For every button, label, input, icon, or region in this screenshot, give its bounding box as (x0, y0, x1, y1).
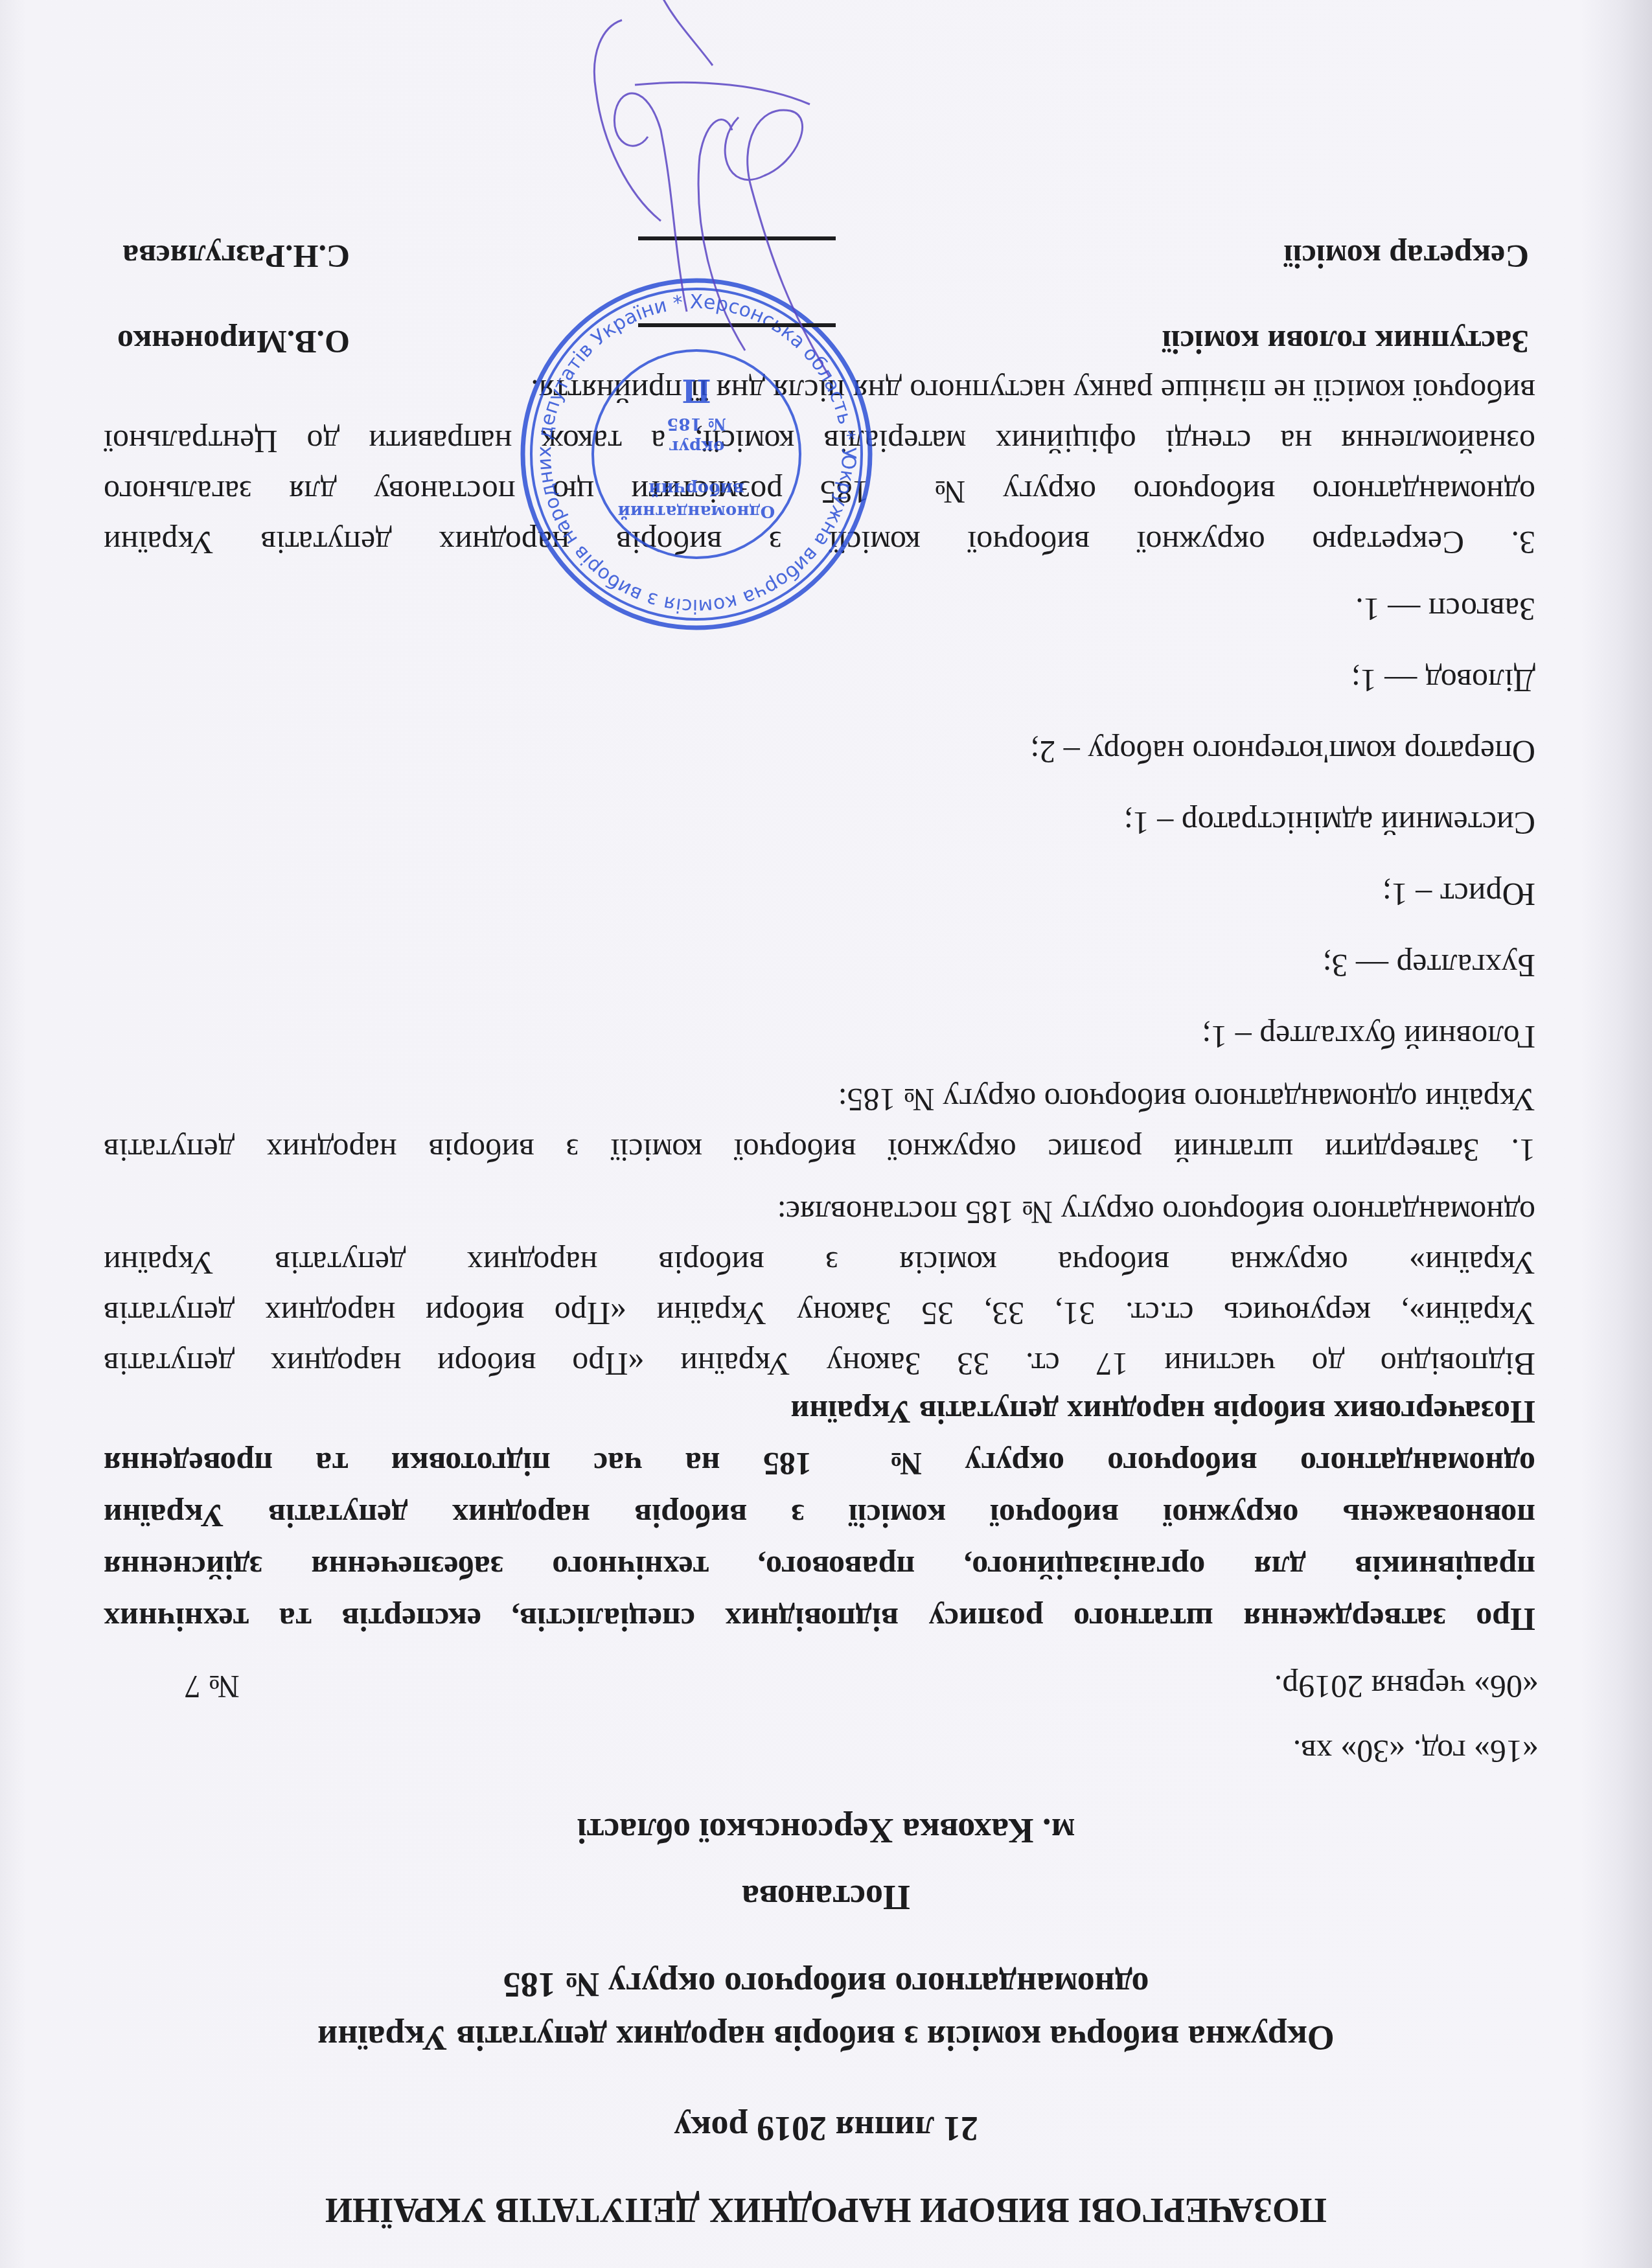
commission-name-line1: Окружна виборча комісія з виборів народн… (0, 2021, 1652, 2056)
signatory-name: О.В.Мироненко (117, 326, 350, 358)
election-date: 21 липня 2019 року (0, 2111, 1652, 2146)
subject-line: працівників для організаційного, правово… (104, 1552, 1535, 1584)
item-1-line: 1. Затвердити штатний розпис окружної ви… (104, 1134, 1535, 1167)
item-1-line: України одномандатного виборчого округу … (838, 1084, 1535, 1116)
commission-name-line2: одномандатного виборчого округу № 185 (0, 1967, 1652, 2002)
subject-line: Позачергових виборів народних депутатів … (791, 1396, 1536, 1428)
subject-line: повноважень окружної виборчої комісії з … (104, 1500, 1535, 1532)
signatory-role: Секретар комісії (1284, 240, 1529, 273)
preamble-line: одномандатного виборчого округу № 185 по… (777, 1197, 1535, 1229)
staff-item: Завгосп — 1. (1355, 593, 1535, 626)
document-date: «06» червня 2019р. (1274, 1671, 1539, 1703)
subject-line: Про затвердження штатного розпису відпов… (104, 1603, 1535, 1636)
stamp-inner-line: округ (669, 437, 725, 456)
document-number: № 7 (185, 1671, 240, 1703)
staff-item: Системний адміністратор – 1; (1124, 807, 1535, 840)
stamp-inner-line: виборчий (648, 479, 744, 498)
election-title: ПОЗАЧЕРГОВІ ВИБОРИ НАРОДНИХ ДЕПУТАТІВ УК… (0, 2193, 1652, 2228)
stamp-inner-line: Одномандатний (618, 501, 775, 521)
document-time: «16» год. «30» хв. (1293, 1735, 1539, 1768)
staff-item: Діловод — 1; (1351, 665, 1535, 697)
subject-line: одномандатного виборчого округу № 185 на… (104, 1448, 1535, 1480)
preamble-line: України» окружна виборча комісія з вибор… (104, 1247, 1535, 1279)
preamble-line: Відповідно до частини 17 ст. 33 Закону У… (104, 1348, 1535, 1380)
handwritten-signature-icon (518, 0, 907, 389)
staff-item: Бухгалтер — 3; (1323, 950, 1536, 982)
staff-item: Оператор комп'ютерного набору – 2; (1030, 736, 1535, 768)
staff-item: Головний бухгалтер – 1; (1202, 1021, 1535, 1053)
signatory-name: С.Н.Разгуляєва (122, 240, 350, 273)
document-type: Постанова (0, 1880, 1652, 1915)
staff-item: Юрист – 1; (1382, 878, 1535, 911)
document-place: м. Каховка Херсонської області (0, 1813, 1652, 1848)
document-page: ПОЗАЧЕРГОВІ ВИБОРИ НАРОДНИХ ДЕПУТАТІВ УК… (0, 0, 1652, 2268)
stamp-inner-line: № 185 (667, 414, 726, 433)
preamble-line: України», керуючись ст.ст. 31, 33, 35 За… (104, 1298, 1535, 1330)
signatory-role: Заступник голови комісії (1162, 326, 1529, 358)
